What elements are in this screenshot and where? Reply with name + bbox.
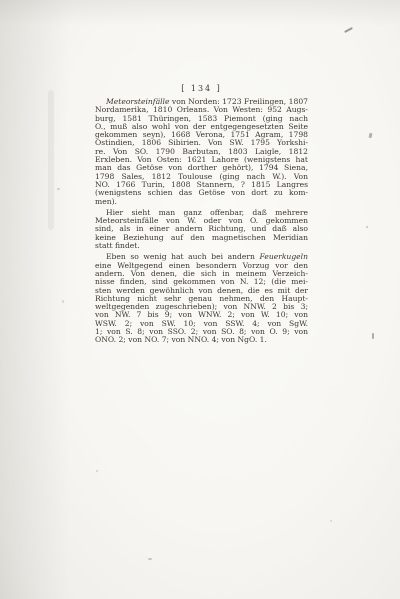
paragraph-meteorite-falls: Meteorsteinfälle von Norden: 1723 Freili… [95, 98, 308, 206]
text-line: Eben so wenig hat auch bei andern Feuerk… [95, 253, 308, 261]
text-line: burg, 1581 Thüringen, 1583 Piemont (ging… [95, 115, 308, 123]
text-line: O., muß also wohl von der entgegengesetz… [95, 123, 308, 131]
paragraph-direction-observation: Hier sieht man ganz offenbar, daß mehrer… [95, 209, 308, 250]
text-line: man das Getöse von dorther gehört), 1794… [95, 164, 308, 172]
scan-speck [96, 470, 98, 472]
text-line: nisse finden, sind gekommen von N. 12; (… [95, 278, 308, 286]
text-line: keine Beziehung auf den magnetischen Mer… [95, 234, 308, 242]
scan-speck [62, 300, 64, 303]
text-line: Richtung nicht sehr genau nehmen, den Ha… [95, 295, 308, 303]
page-number: [ 134 ] [95, 84, 308, 98]
text-span: Eben so wenig hat auch bei andern [106, 253, 259, 261]
text-line: sind, als in einer andern Richtung, und … [95, 225, 308, 233]
text-line: Erxleben. Von Osten: 1621 Lahore (wenigs… [95, 156, 308, 164]
scan-mark [369, 133, 373, 139]
scan-speck [148, 558, 152, 560]
text-line: 1; von S. 8; von SSO. 2; von SO. 8; von … [95, 328, 308, 336]
scan-speck [330, 520, 332, 522]
text-line: eine Weltgegend einen besondern Vorzug v… [95, 262, 308, 270]
text-line: 1798 Sales, 1812 Toulouse (ging nach W.)… [95, 173, 308, 181]
text-line: WSW. 2; von SW. 10; von SSW. 4; von SgW. [95, 320, 308, 328]
scan-shade-left [0, 0, 70, 599]
text-line: ONO. 2; von NO. 7; von NNO. 4; von NgO. … [95, 336, 308, 344]
scanned-book-page: [ 134 ] Meteorsteinfälle von Norden: 172… [0, 0, 400, 599]
text-line: gekommen seyn), 1668 Verona, 1751 Agram,… [95, 131, 308, 139]
text-line: Meteorsteinfälle von W. oder von O. geko… [95, 217, 308, 225]
text-line: NO. 1766 Turin, 1808 Stannern, ? 1815 La… [95, 181, 308, 189]
text-line: sten werden gewöhnlich von denen, die es… [95, 287, 308, 295]
scan-speck [57, 188, 60, 190]
keyword-feuerkugeln: Feuerkugeln [259, 253, 308, 261]
text-line: von NW. 7 bis 9; von WNW. 2; von W. 10; … [95, 311, 308, 319]
text-line: Meteorsteinfälle von Norden: 1723 Freili… [95, 98, 308, 106]
text-line: men). [95, 198, 308, 206]
text-line: andern. Von denen, die sich in meinem Ve… [95, 270, 308, 278]
keyword-meteorsteinfaelle: Meteorsteinfälle [106, 98, 169, 106]
scan-smudge [48, 90, 54, 230]
scan-shade-top [0, 0, 400, 26]
text-line: Nordamerika, 1810 Orleans. Von Westen: 9… [95, 106, 308, 114]
text-line: re. Von SO. 1790 Barbutan, 1803 Laigle, … [95, 148, 308, 156]
paragraph-fireballs: Eben so wenig hat auch bei andern Feuerk… [95, 253, 308, 344]
text-line: statt findet. [95, 242, 308, 250]
text-line: Hier sieht man ganz offenbar, daß mehrer… [95, 209, 308, 217]
scan-mark [344, 27, 353, 33]
scan-mark [372, 333, 374, 339]
text-line: Ostindien, 1806 Sibirien. Von SW. 1795 Y… [95, 139, 308, 147]
text-block: [ 134 ] Meteorsteinfälle von Norden: 172… [95, 84, 308, 345]
text-line: weltgegenden zugeschrieben); von NNW. 2 … [95, 303, 308, 311]
text-span: von Norden: 1723 Freilingen, 1807 [169, 98, 308, 106]
text-line: (wenigstens schien das Getöse von dort z… [95, 189, 308, 197]
scan-mark [366, 226, 368, 228]
